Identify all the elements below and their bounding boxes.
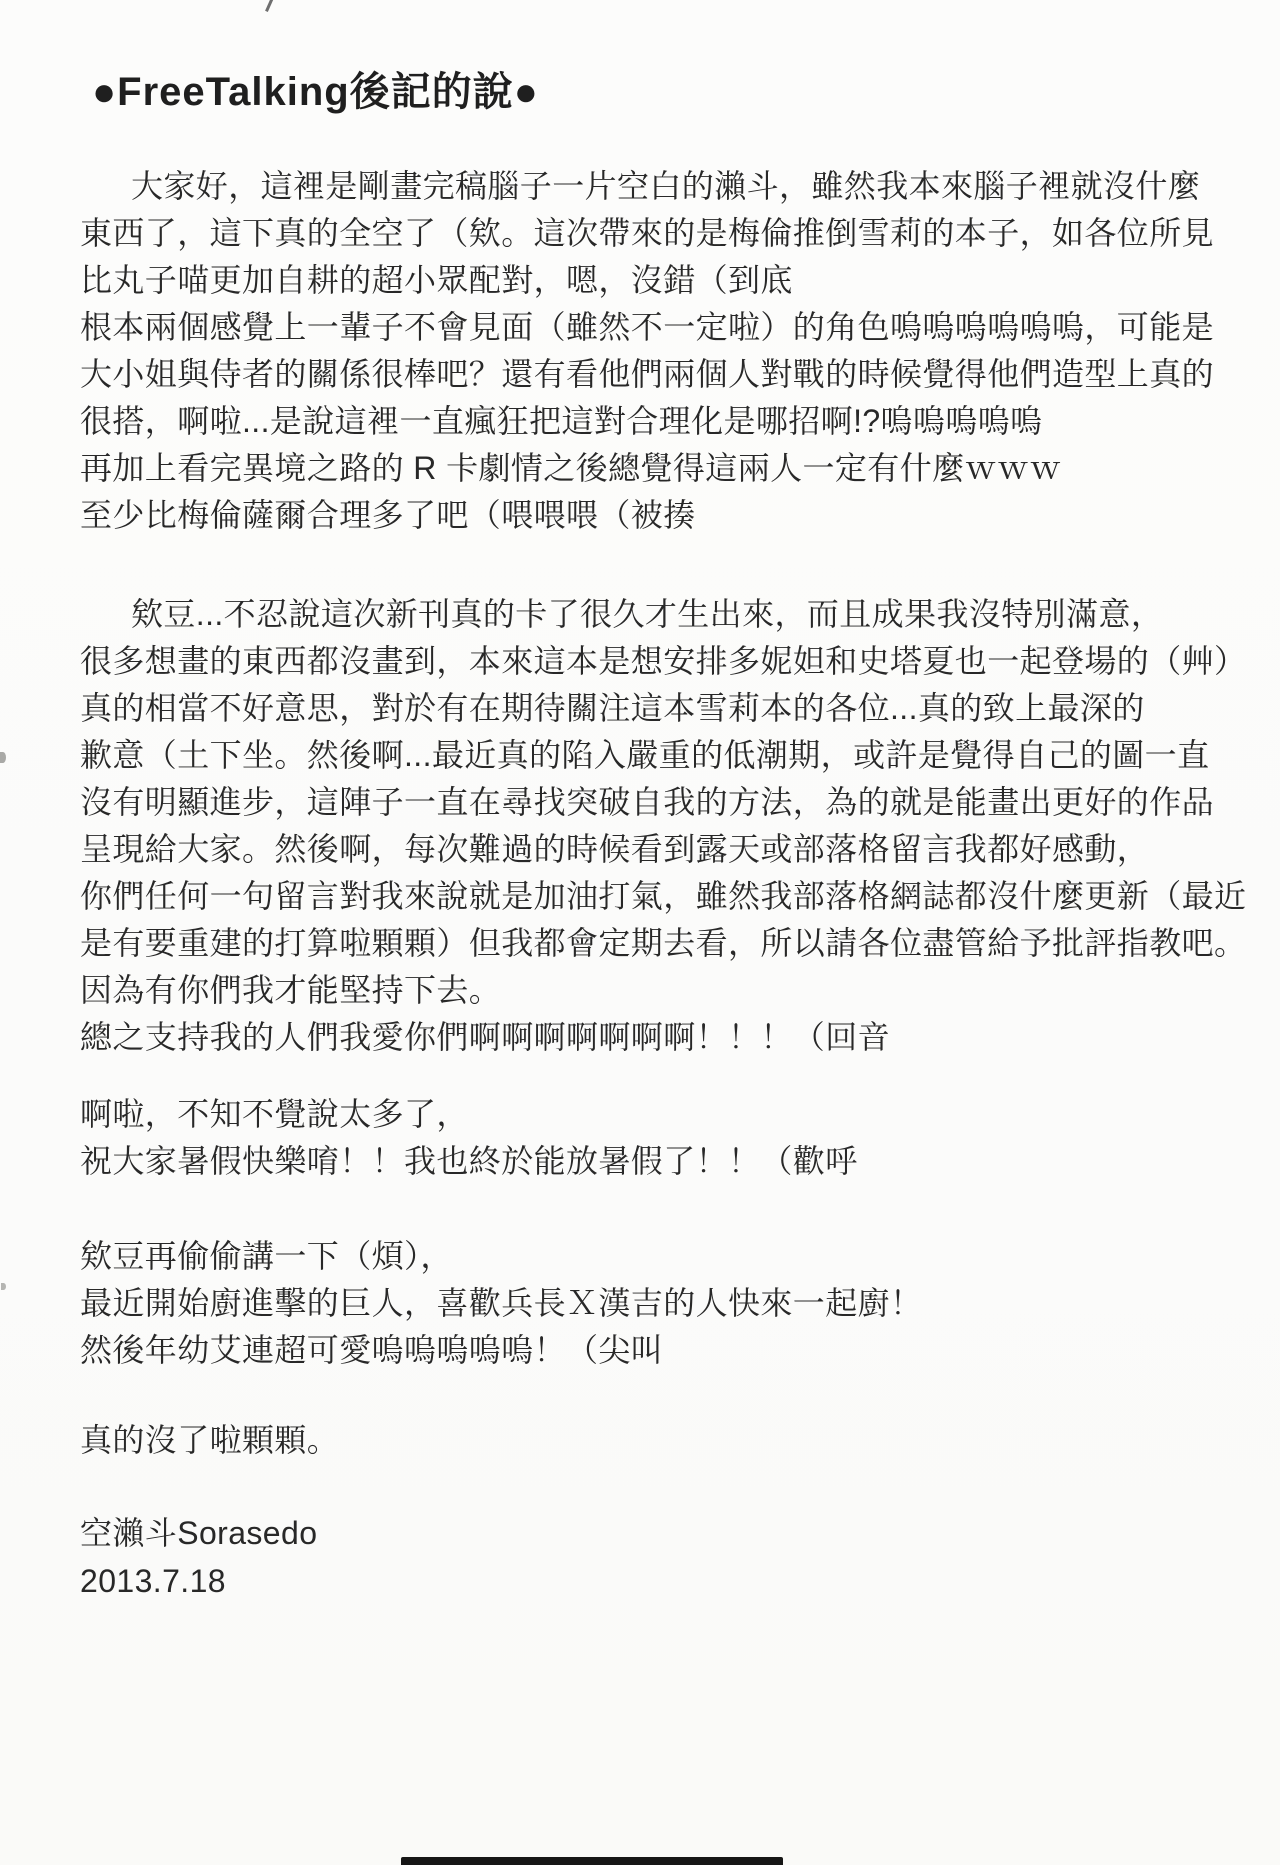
scan-artifact-bottom-bar [401,1857,783,1865]
text-line: 比丸子喵更加自耕的超小眾配對，嗯，沒錯（到底 [80,257,1220,304]
text-line: 很搭，啊啦...是說這裡一直瘋狂把這對合理化是哪招啊!?嗚嗚嗚嗚嗚 [80,398,1220,445]
text-line: 你們任何一句留言對我來說就是加油打氣，雖然我部落格網誌都沒什麼更新（最近 [80,873,1220,920]
scan-artifact-top-tick [265,0,274,12]
text-line: 啊啦，不知不覺說太多了， [80,1091,1220,1138]
text-line: 總之支持我的人們我愛你們啊啊啊啊啊啊啊！！！（回音 [80,1014,1220,1061]
closing-line: 真的沒了啦顆顆。 [80,1417,339,1464]
text-line: 真的相當不好意思，對於有在期待關注這本雪莉本的各位...真的致上最深的 [80,685,1220,732]
scanned-page: ●FreeTalking後記的說● 大家好，這裡是剛畫完稿腦子一片空白的瀨斗，雖… [0,0,1280,1865]
text-line: 根本兩個感覺上一輩子不會見面（雖然不一定啦）的角色嗚嗚嗚嗚嗚嗚，可能是 [80,304,1220,351]
paragraph-greeting: 大家好，這裡是剛畫完稿腦子一片空白的瀨斗，雖然我本來腦子裡就沒什麼 東西了，這下… [80,163,1220,539]
text-line: 再加上看完異境之路的 R 卡劇情之後總覺得這兩人一定有什麼ｗｗｗ [80,445,1220,492]
paragraph-summer-wishes: 啊啦，不知不覺說太多了， 祝大家暑假快樂唷！！我也終於能放暑假了！！（歡呼 [80,1091,1220,1185]
signature-block: 空瀨斗Sorasedo 2013.7.18 [80,1509,317,1605]
text-line: 最近開始廚進擊的巨人，喜歡兵長Ｘ漢吉的人快來一起廚！ [80,1280,1220,1327]
text-line: 至少比梅倫薩爾合理多了吧（喂喂喂（被揍 [80,492,1220,539]
text-line: 很多想畫的東西都沒畫到，本來這本是想安排多妮妲和史塔夏也一起登場的（艸） [80,638,1220,685]
scan-artifact-left-speck-small [1,1283,6,1290]
text-line: 歉意（土下坐。然後啊...最近真的陷入嚴重的低潮期，或許是覺得自己的圖一直 [80,732,1220,779]
text-line: 呈現給大家。然後啊，每次難過的時候看到露天或部落格留言我都好感動， [80,826,1220,873]
paragraph-apology: 欸豆...不忍說這次新刊真的卡了很久才生出來，而且成果我沒特別滿意， 很多想畫的… [80,591,1220,1061]
scan-artifact-left-speck [0,752,6,763]
text-line: 然後年幼艾連超可愛嗚嗚嗚嗚嗚！（尖叫 [80,1327,1220,1374]
signature-date: 2013.7.18 [80,1557,317,1605]
closing-line-wrap: 真的沒了啦顆顆。 [80,1417,339,1464]
text-line: 東西了，這下真的全空了（欸。這次帶來的是梅倫推倒雪莉的本子，如各位所見 [80,210,1220,257]
text-line: 欸豆再偷偷講一下（煩）， [80,1233,1220,1280]
text-line: 欸豆...不忍說這次新刊真的卡了很久才生出來，而且成果我沒特別滿意， [80,591,1220,638]
text-line: 大小姐與侍者的關係很棒吧？還有看他們兩個人對戰的時候覺得他們造型上真的 [80,351,1220,398]
text-line: 大家好，這裡是剛畫完稿腦子一片空白的瀨斗，雖然我本來腦子裡就沒什麼 [80,163,1220,210]
text-line: 祝大家暑假快樂唷！！我也終於能放暑假了！！（歡呼 [80,1138,1220,1185]
text-line: 沒有明顯進步，這陣子一直在尋找突破自我的方法，為的就是能畫出更好的作品 [80,779,1220,826]
text-line: 是有要重建的打算啦顆顆）但我都會定期去看，所以請各位盡管給予批評指教吧。 [80,920,1220,967]
text-line: 因為有你們我才能堅持下去。 [80,967,1220,1014]
signature-name: 空瀨斗Sorasedo [80,1509,317,1557]
page-title: ●FreeTalking後記的說● [92,60,539,117]
paragraph-postscript: 欸豆再偷偷講一下（煩）， 最近開始廚進擊的巨人，喜歡兵長Ｘ漢吉的人快來一起廚！ … [80,1233,1220,1374]
